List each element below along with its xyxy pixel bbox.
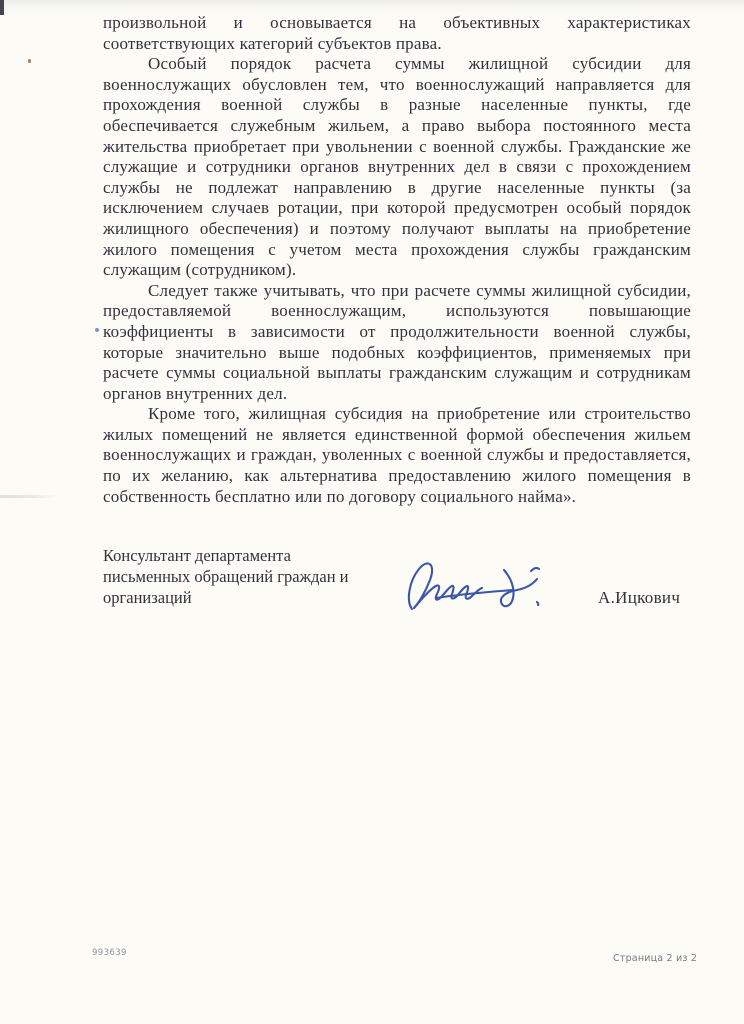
handwritten-signature (403, 553, 553, 617)
signer-name: А.Ицкович (598, 588, 680, 608)
scan-edge-artifact (0, 0, 4, 15)
signer-title: Консультант департамента письменных обра… (103, 545, 353, 608)
signer-title-line: письменных обращений граждан и (103, 566, 353, 587)
scanned-document-page: произвольной и основывается на объективн… (0, 0, 744, 1024)
footer-document-number: 993639 (92, 948, 127, 958)
paragraph: Кроме того, жилищная субсидия на приобре… (103, 404, 691, 507)
paragraph: Следует также учитывать, что при расчете… (103, 281, 691, 405)
signoff-block: Консультант департамента письменных обра… (103, 545, 691, 625)
signer-title-line: организаций (103, 587, 353, 608)
paper-speck (28, 59, 31, 63)
scan-smudge (0, 495, 58, 498)
paper-speck (95, 328, 99, 332)
paragraph: Особый порядок расчета суммы жилищной су… (103, 54, 691, 281)
footer-page-indicator: Страница 2 из 2 (613, 953, 697, 964)
paragraph: произвольной и основывается на объективн… (103, 13, 691, 54)
letter-body: произвольной и основывается на объективн… (103, 13, 691, 507)
signer-title-line: Консультант департамента (103, 545, 353, 566)
